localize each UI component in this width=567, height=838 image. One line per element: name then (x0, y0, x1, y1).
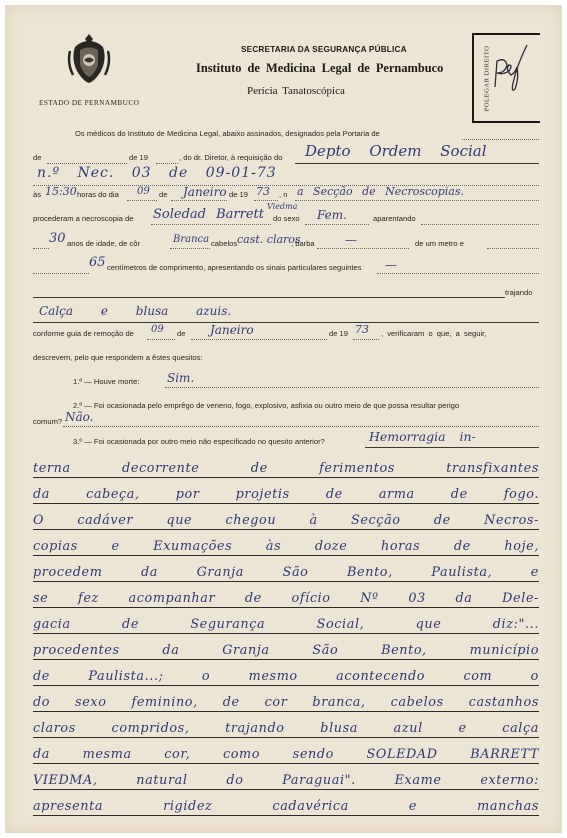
as-label: às (33, 190, 41, 199)
marks-field[interactable] (377, 273, 539, 274)
answer-line: gacia de Segurança Social, que diz:"... (33, 608, 539, 634)
answer-line: de Paulista...; o mesmo acontecendo com … (33, 660, 539, 686)
guide-de-label: de (177, 329, 185, 338)
hours-label: horas do dia (77, 190, 119, 199)
answer-line: se fez acompanhar de ofício Nº 03 da Del… (33, 582, 539, 608)
beard-value: — (345, 233, 357, 247)
guide-month-field[interactable] (191, 339, 327, 340)
year-prefix-label: de 19 (229, 190, 248, 199)
age-value: 30 (49, 231, 66, 246)
guide-year-field[interactable] (353, 339, 379, 340)
marks-value: — (385, 258, 397, 272)
time-value: 15:30 (45, 185, 77, 198)
cm-label: centímetros de comprimento, apresentando… (107, 263, 362, 272)
guide-year-value: 73 (355, 323, 369, 336)
height-cm-value: 65 (89, 255, 106, 270)
q2-answer: Não. (65, 410, 93, 424)
answer-line: do sexo feminino, de cor branca, cabelos… (33, 686, 539, 712)
age-label: anos de idade, de côr (67, 239, 140, 248)
apparent-label: aparentando (373, 214, 416, 223)
guide-year-prefix: de 19 (329, 329, 348, 338)
q3-field-first[interactable] (365, 447, 539, 448)
q2-field[interactable] (63, 426, 539, 427)
month-value: Janeiro (183, 185, 227, 199)
guide-day-field[interactable] (147, 339, 175, 340)
q3-answer-start: Hemorragia in- (369, 429, 476, 444)
de-label: de (33, 153, 41, 162)
place-field[interactable] (295, 200, 539, 201)
sex-label: do sexo (273, 214, 300, 223)
guide-month-value: Janeiro (210, 323, 254, 337)
answer-line: terna decorrente de ferimentos transfixa… (33, 452, 539, 478)
clothing-value: Calça e blusa azuis. (39, 304, 231, 318)
requisition-ref-value: n.º Nec. 03 de 09-01-73 (37, 165, 277, 181)
height-cm-lead (33, 273, 89, 274)
de-label-2: de (159, 190, 167, 199)
hair-label: cabelos (211, 239, 237, 248)
answer-line: O cadáver que chegou à Secção de Necros- (33, 504, 539, 530)
answer-line: da cabeça, por projetis de arma de fogo. (33, 478, 539, 504)
year-value: 73 (256, 185, 270, 198)
requisition-field[interactable] (295, 163, 539, 164)
state-label: ESTADO DE PERNAMBUCO (39, 98, 139, 107)
clothing-field[interactable] (33, 322, 539, 323)
year-field[interactable] (254, 200, 278, 201)
marks-field-2[interactable] (33, 297, 505, 298)
q2-label: 2.º — Foi ocasionada pelo emprêgo de ven… (73, 401, 459, 410)
document-page: ESTADO DE PERNAMBUCO SECRETARIA DA SEGUR… (5, 5, 562, 833)
q1-answer: Sim. (167, 371, 194, 385)
portaria-year-field[interactable] (156, 163, 178, 164)
secretariat-title: SECRETARIA DA SEGURANÇA PÚBLICA (241, 45, 407, 54)
deceased-name-extra: Viedma (267, 202, 297, 211)
director-label: , do dr. Diretor, à requisição do (179, 153, 282, 162)
deceased-name-value: Soledad Barrett (153, 207, 264, 222)
q2-cont: comum? (33, 417, 62, 426)
answer-line: procedem da Granja São Bento, Paulista, … (33, 556, 539, 582)
age-field-lead (33, 248, 49, 249)
q1-label: 1.º — Houve morte: (73, 377, 140, 386)
guide-day-value: 09 (151, 324, 164, 335)
describe-label: descrevem, pelo que respondem a êstes qu… (33, 353, 203, 362)
portaria-day-field[interactable] (47, 163, 127, 164)
sex-field[interactable] (305, 224, 369, 225)
q3-label: 3.º — Foi ocasionada por outro meio não … (73, 437, 325, 446)
height-m-field[interactable] (487, 248, 539, 249)
intro-text: Os médicos do Instituto de Medicina Lega… (75, 129, 380, 138)
verified-label: , verificaram o que, a seguir, (381, 329, 486, 338)
de19-label: de 19 (129, 153, 148, 162)
height-label: de um metro e (415, 239, 464, 248)
sex-value: Fem. (317, 208, 347, 222)
answer-line: apresenta rigidez cadavérica e manchas (33, 790, 539, 816)
apparent-field[interactable] (421, 224, 539, 225)
wearing-label: trajando (505, 288, 532, 297)
deceased-name-field[interactable] (151, 224, 271, 225)
month-field[interactable] (171, 200, 227, 201)
answer-line: VIEDMA, natural do Paraguai". Exame exte… (33, 764, 539, 790)
color-field[interactable] (170, 248, 210, 249)
answer-line: claros compridos, trajando blusa azul e … (33, 712, 539, 738)
institute-title: Instituto de Medicina Legal de Pernambuc… (196, 61, 443, 76)
portaria-field[interactable] (462, 139, 539, 140)
initials-signature (489, 43, 531, 95)
beard-field[interactable] (317, 248, 409, 249)
answer-line: procedentes da Granja São Bento, municíp… (33, 634, 539, 660)
place-value: a Secção de Necroscopias. (297, 185, 464, 198)
q1-field[interactable] (165, 387, 539, 388)
necropsy-label: procederam a necroscopia de (33, 214, 133, 223)
requisition-value: Depto Ordem Social (305, 142, 487, 160)
document-type-title: Perícia Tanatoscópica (247, 85, 345, 97)
answer-line: da mesma cor, como sendo SOLEDAD BARRETT (33, 738, 539, 764)
day-field[interactable] (127, 200, 157, 201)
guide-label: conforme guia de remoção de (33, 329, 134, 338)
day-value: 09 (137, 186, 150, 197)
beard-label: , barba (291, 239, 315, 248)
coat-of-arms-icon (67, 33, 111, 85)
color-value: Branca (173, 234, 209, 245)
place-prefix-label: , n (279, 190, 287, 199)
answer-line: copias e Exumações às doze horas de hoje… (33, 530, 539, 556)
